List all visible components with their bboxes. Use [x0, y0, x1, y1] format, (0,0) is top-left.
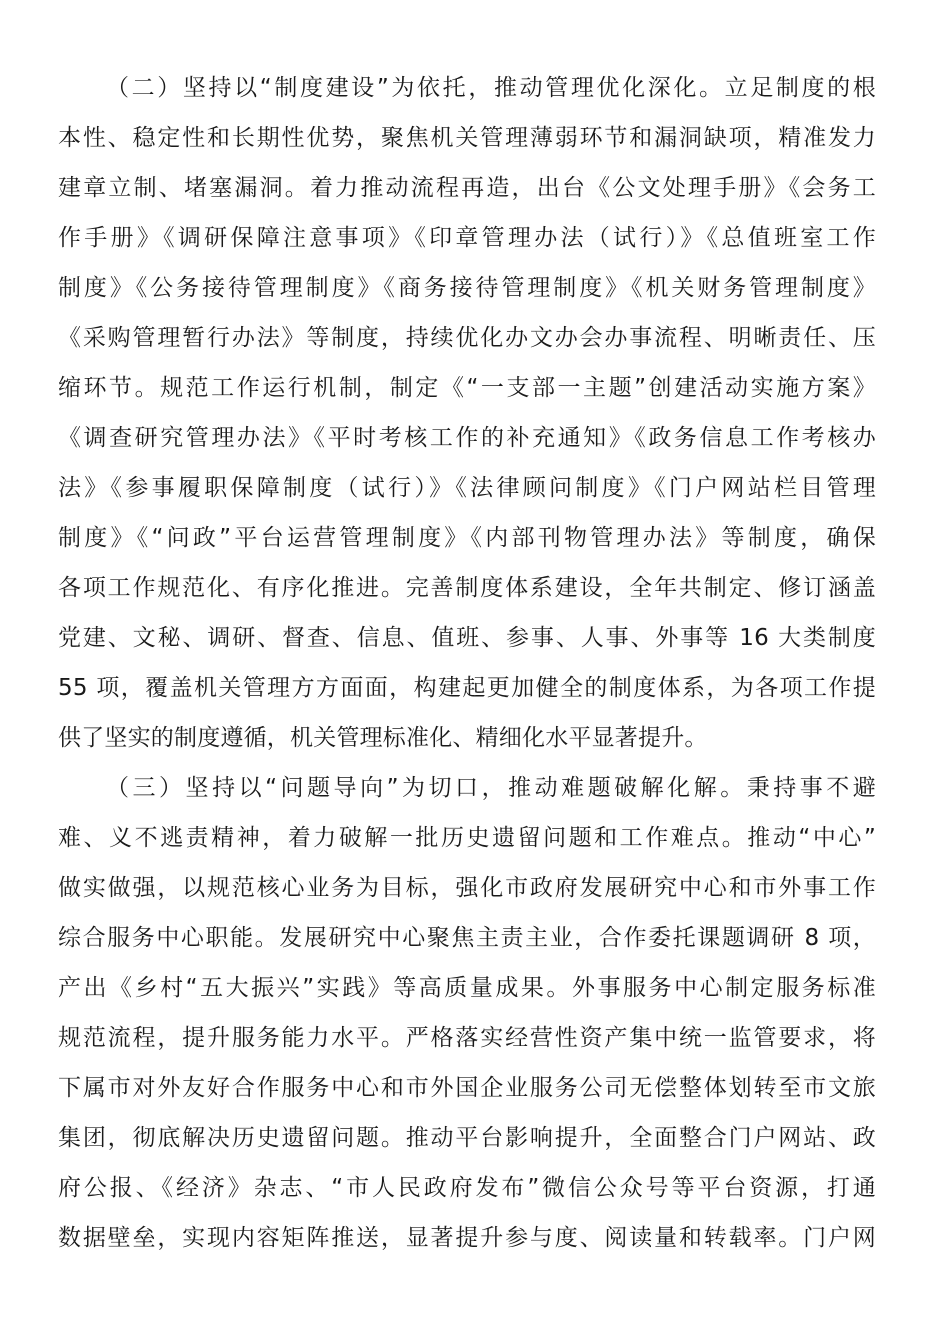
text-line: 法》《参事履职保障制度（试行）》《法律顾问制度》《门户网站栏目管理	[58, 468, 876, 518]
text-line: 府公报、《经济》杂志、“市人民政府发布”微信公众号等平台资源，打通	[58, 1168, 876, 1218]
text-line: 下属市对外友好合作服务中心和市外国企业服务公司无偿整体划转至市文旅	[58, 1068, 876, 1118]
text-line: 建章立制、堵塞漏洞。着力推动流程再造，出台《公文处理手册》《会务工	[58, 168, 876, 218]
text-line: 党建、文秘、调研、督查、信息、值班、参事、人事、外事等 16 大类制度	[58, 618, 876, 668]
text-line: 缩环节。规范工作运行机制，制定《“一支部一主题”创建活动实施方案》	[58, 368, 876, 418]
text-line: （三）坚持以“问题导向”为切口，推动难题破解化解。秉持事不避	[58, 768, 876, 818]
text-line: 供了坚实的制度遵循，机关管理标准化、精细化水平显著提升。	[58, 718, 876, 768]
text-line: 数据壁垒，实现内容矩阵推送，显著提升参与度、阅读量和转载率。门户网	[58, 1218, 876, 1268]
paragraph-institution-building: （二）坚持以“制度建设”为依托，推动管理优化深化。立足制度的根 本性、稳定性和长…	[58, 68, 888, 768]
text-line: 集团，彻底解决历史遗留问题。推动平台影响提升，全面整合门户网站、政	[58, 1118, 876, 1168]
text-line: 产出《乡村“五大振兴”实践》等高质量成果。外事服务中心制定服务标准	[58, 968, 876, 1018]
document-page: （二）坚持以“制度建设”为依托，推动管理优化深化。立足制度的根 本性、稳定性和长…	[58, 68, 888, 1268]
text-line: 做实做强，以规范核心业务为目标，强化市政府发展研究中心和市外事工作	[58, 868, 876, 918]
text-line: 综合服务中心职能。发展研究中心聚焦主责主业，合作委托课题调研 8 项，	[58, 918, 876, 968]
paragraph-problem-orientation: （三）坚持以“问题导向”为切口，推动难题破解化解。秉持事不避 难、义不逃责精神，…	[58, 768, 888, 1268]
text-line: 《采购管理暂行办法》等制度，持续优化办文办会办事流程、明晰责任、压	[58, 318, 876, 368]
text-line: 难、义不逃责精神，着力破解一批历史遗留问题和工作难点。推动“中心”	[58, 818, 876, 868]
text-line: 制度》《“问政”平台运营管理制度》《内部刊物管理办法》等制度，确保	[58, 518, 876, 568]
text-line: 本性、稳定性和长期性优势，聚焦机关管理薄弱环节和漏洞缺项，精准发力	[58, 118, 876, 168]
text-line: 《调查研究管理办法》《平时考核工作的补充通知》《政务信息工作考核办	[58, 418, 876, 468]
text-line: 55 项，覆盖机关管理方方面面，构建起更加健全的制度体系，为各项工作提	[58, 668, 876, 718]
text-line: 规范流程，提升服务能力水平。严格落实经营性资产集中统一监管要求，将	[58, 1018, 876, 1068]
text-line: 各项工作规范化、有序化推进。完善制度体系建设，全年共制定、修订涵盖	[58, 568, 876, 618]
text-line: （二）坚持以“制度建设”为依托，推动管理优化深化。立足制度的根	[58, 68, 876, 118]
text-line: 制度》《公务接待管理制度》《商务接待管理制度》《机关财务管理制度》	[58, 268, 876, 318]
text-line: 作手册》《调研保障注意事项》《印章管理办法（试行）》《总值班室工作	[58, 218, 876, 268]
